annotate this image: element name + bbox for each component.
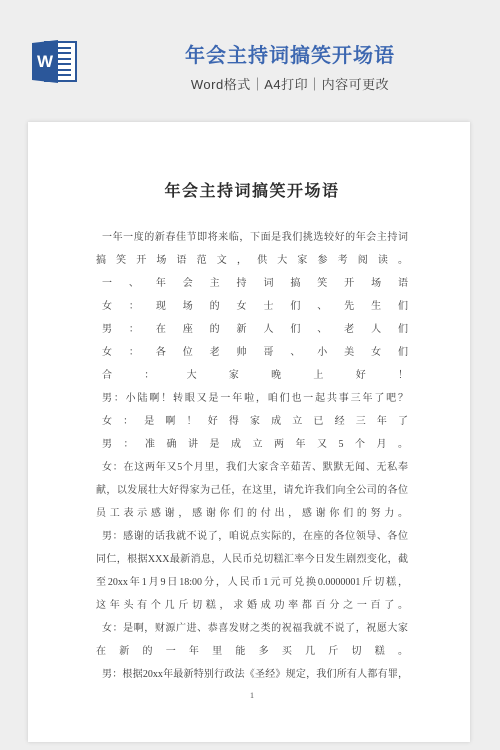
document-line: 员工表示感谢，感谢你们的付出，感谢你们的努力。 (96, 502, 408, 525)
document-line: 至20xx年1月9日18:00分，人民币1元可兑换0.0000001斤切糕， (96, 571, 408, 594)
document-line: 女：在这两年又5个月里，我们大家含辛茹苦、默默无闻、无私奉 (96, 456, 408, 479)
header-text-block: 年会主持词搞笑开场语 Word格式｜A4打印｜内容可更改 (95, 44, 485, 93)
document-line: 合：大家晚上好！ (96, 364, 408, 387)
document-line: 同仁，根据XXX最新消息，人民币兑切糕汇率今日发生剧烈变化，截 (96, 548, 408, 571)
document-line: 在新的一年里能多买几斤切糕。 (96, 640, 408, 663)
document-line: 搞笑开场语范文，供大家参考阅读。 (96, 249, 408, 272)
document-line: 女：是啊！好得家成立已经三年了 (96, 410, 408, 433)
document-line: 一、年会主持词搞笑开场语 (96, 272, 408, 295)
document-line: 这年头有个几斤切糕，求婚成功率都百分之一百了。 (96, 594, 408, 617)
format-subtitle: Word格式｜A4打印｜内容可更改 (95, 74, 485, 93)
document-line: 女：现场的女士们、先生们 (96, 295, 408, 318)
site-header: W 年会主持词搞笑开场语 Word格式｜A4打印｜内容可更改 (0, 0, 500, 122)
document-line: 男：小陆啊！转眼又是一年啦，咱们也一起共事三年了吧？ (96, 387, 408, 410)
document-title: 年会主持词搞笑开场语 (96, 180, 408, 204)
document-line: 男：感谢的话我就不说了，咱说点实际的，在座的各位领导、各位 (96, 525, 408, 548)
document-line: 男：根据20xx年最新特别行政法《圣经》规定，我们所有人都有罪， (96, 663, 408, 686)
page-title: 年会主持词搞笑开场语 (95, 44, 485, 68)
document-line: 献，以发展壮大好得家为己任，在这里，请允许我们向全公司的各位 (96, 479, 408, 502)
page-number: 1 (96, 690, 408, 702)
document-line: 女：各位老帅哥、小美女们 (96, 341, 408, 364)
document-line: 男：准确讲是成立两年又5个月。 (96, 433, 408, 456)
document-content: 年会主持词搞笑开场语 一年一度的新春佳节即将来临，下面是我们挑选较好的年会主持词… (28, 122, 470, 702)
word-file-icon: W (32, 40, 78, 83)
document-line: 男：在座的新人们、老人们 (96, 318, 408, 341)
document-body: 一年一度的新春佳节即将来临，下面是我们挑选较好的年会主持词搞笑开场语范文，供大家… (96, 226, 408, 686)
word-icon-w-flap: W (32, 40, 58, 83)
document-line: 一年一度的新春佳节即将来临，下面是我们挑选较好的年会主持词 (96, 226, 408, 249)
document-line: 女：是啊，财源广进、恭喜发财之类的祝福我就不说了，祝愿大家 (96, 617, 408, 640)
document-preview-page: 年会主持词搞笑开场语 一年一度的新春佳节即将来临，下面是我们挑选较好的年会主持词… (28, 122, 470, 742)
